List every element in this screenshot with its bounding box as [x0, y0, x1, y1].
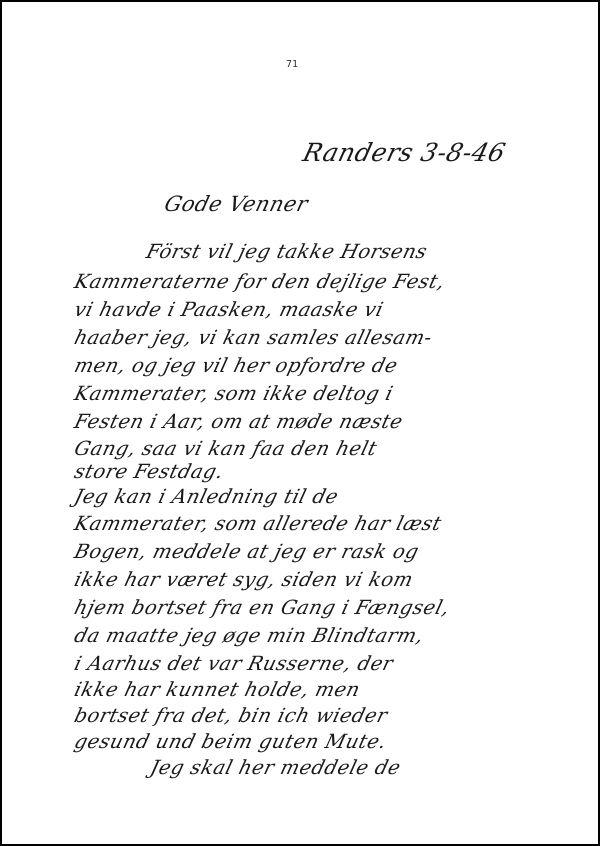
- letter-page: 71 Randers 3-8-46 Gode Venner Först vil …: [0, 0, 600, 846]
- letter-line: da maatte jeg øge min Blindtarm,: [72, 624, 426, 647]
- letter-line: Gang, saa vi kan faa den helt: [72, 437, 380, 460]
- place-date: Randers 3-8-46: [300, 138, 509, 167]
- letter-line: gesund und beim guten Mute.: [72, 730, 389, 753]
- letter-line: Kammeraterne for den dejlige Fest,: [72, 270, 447, 293]
- letter-line: Kammerater, som ikke deltog i: [72, 382, 396, 405]
- letter-line: Bogen, meddele at jeg er rask og: [72, 540, 421, 563]
- salutation: Gode Venner: [162, 192, 311, 216]
- letter-line: store Festdag.: [72, 460, 226, 483]
- letter-line: hjem bortset fra en Gang i Fængsel,: [72, 596, 452, 619]
- letter-line: Kammerater, som allerede har læst: [72, 512, 444, 535]
- letter-line: men, og jeg vil her opfordre de: [72, 354, 400, 377]
- page-number: 71: [2, 59, 582, 70]
- letter-line: bortset fra det, bin ich wieder: [72, 704, 390, 727]
- letter-line: ikke har kunnet holde, men: [72, 678, 363, 701]
- letter-line: i Aarhus det var Russerne, der: [72, 652, 396, 675]
- letter-line: ikke har været syg, siden vi kom: [72, 568, 416, 591]
- letter-line: vi havde i Paasken, maaske vi: [72, 298, 386, 321]
- letter-line: Först vil jeg takke Horsens: [144, 240, 430, 263]
- letter-line: Jeg skal her meddele de: [148, 756, 403, 779]
- letter-line: Festen i Aar, om at møde næste: [72, 410, 405, 433]
- letter-line: haaber jeg, vi kan samles allesam-: [72, 326, 435, 349]
- letter-line: Jeg kan i Anledning til de: [72, 485, 341, 508]
